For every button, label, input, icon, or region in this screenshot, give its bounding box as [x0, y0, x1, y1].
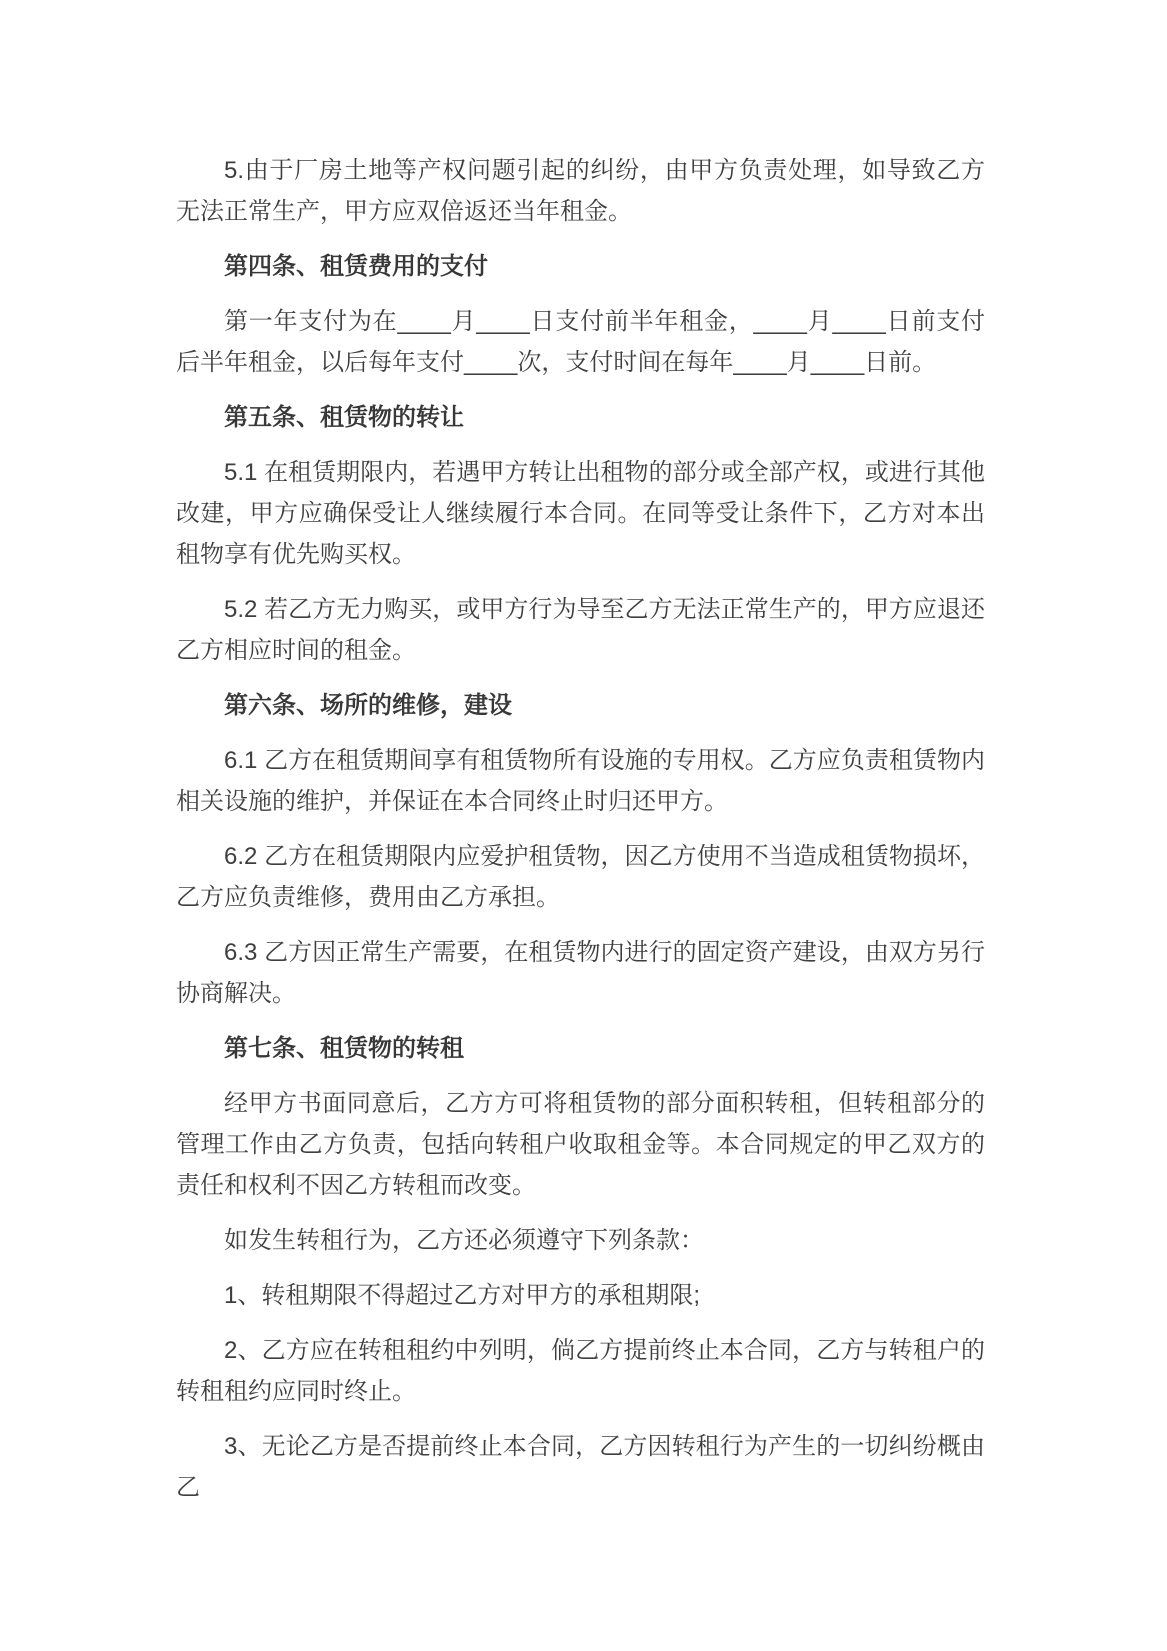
- paragraph-clause-6-3: 6.3 乙方因正常生产需要，在租赁物内进行的固定资产建设，由双方另行协商解决。: [176, 932, 985, 1014]
- contract-body: 5.由于厂房土地等产权问题引起的纠纷，由甲方负责处理，如导致乙方无法正常生产，甲…: [176, 150, 985, 1508]
- clause-heading-article-5: 第五条、租赁物的转让: [176, 397, 985, 438]
- paragraph-clause-5-2: 5.2 若乙方无力购买，或甲方行为导至乙方无法正常生产的，甲方应退还乙方相应时间…: [176, 589, 985, 671]
- paragraph-sublet-intro: 经甲方书面同意后，乙方方可将租赁物的部分面积转租，但转租部分的管理工作由乙方负责…: [176, 1083, 985, 1206]
- paragraph-sublet-item-2: 2、乙方应在转租租约中列明，倘乙方提前终止本合同，乙方与转租户的转租租约应同时终…: [176, 1330, 985, 1412]
- clause-heading-article-4: 第四条、租赁费用的支付: [176, 246, 985, 287]
- paragraph-sublet-item-3: 3、无论乙方是否提前终止本合同，乙方因转租行为产生的一切纠纷概由乙: [176, 1426, 985, 1508]
- paragraph-clause-6-1: 6.1 乙方在租赁期间享有租赁物所有设施的专用权。乙方应负责租赁物内相关设施的维…: [176, 740, 985, 822]
- paragraph-clause-3-5: 5.由于厂房土地等产权问题引起的纠纷，由甲方负责处理，如导致乙方无法正常生产，甲…: [176, 150, 985, 232]
- paragraph-payment-terms: 第一年支付为在____月____日支付前半年租金，____月____日前支付后半…: [176, 301, 985, 383]
- document-page: 5.由于厂房土地等产权问题引起的纠纷，由甲方负责处理，如导致乙方无法正常生产，甲…: [0, 0, 1167, 1651]
- clause-heading-article-7: 第七条、租赁物的转租: [176, 1028, 985, 1069]
- paragraph-clause-6-2: 6.2 乙方在租赁期限内应爱护租赁物，因乙方使用不当造成租赁物损坏，乙方应负责维…: [176, 836, 985, 918]
- paragraph-sublet-item-1: 1、转租期限不得超过乙方对甲方的承租期限;: [176, 1275, 985, 1316]
- paragraph-clause-5-1: 5.1 在租赁期限内，若遇甲方转让出租物的部分或全部产权，或进行其他改建，甲方应…: [176, 452, 985, 575]
- paragraph-sublet-rules: 如发生转租行为，乙方还必须遵守下列条款：: [176, 1220, 985, 1261]
- clause-heading-article-6: 第六条、场所的维修，建设: [176, 685, 985, 726]
